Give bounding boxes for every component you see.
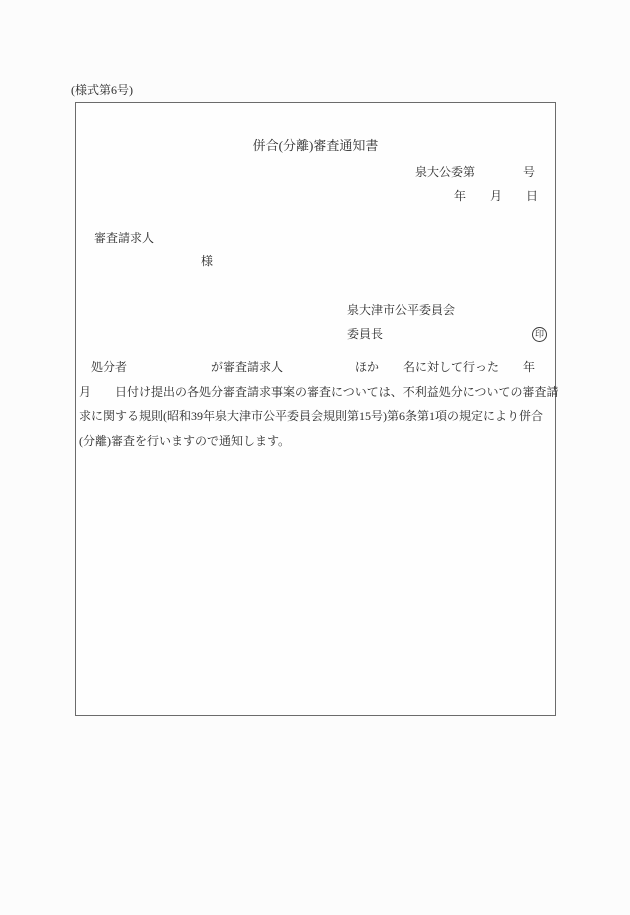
body-line: 処分者 が審査請求人 ほか 名に対して行った 年 (79, 355, 552, 380)
sender-organization: 泉大津市公平委員会 (347, 298, 547, 322)
body-line: (分離)審査を行いますので通知します。 (79, 429, 552, 454)
seal-icon: 印 (532, 327, 547, 342)
document-border-box: 併合(分離)審査通知書 泉大公委第 号 年 月 日 審査請求人 様 泉大津市公平… (75, 102, 556, 716)
body-line: 月 日付け提出の各処分審査請求事案の審査については、不利益処分についての審査請 (79, 380, 552, 405)
body-line: 求に関する規則(昭和39年泉大津市公平委員会規則第15号)第6条第1項の規定によ… (79, 404, 552, 429)
body-paragraph: 処分者 が審査請求人 ほか 名に対して行った 年 月 日付け提出の各処分審査請求… (79, 355, 552, 453)
document-title: 併合(分離)審査通知書 (76, 135, 555, 154)
document-page: (様式第6号) 併合(分離)審査通知書 泉大公委第 号 年 月 日 審査請求人 … (0, 0, 630, 915)
date-line: 年 月 日 (454, 187, 538, 204)
sender-role-line: 委員長 印 (347, 322, 547, 346)
doc-number-line: 泉大公委第 号 (415, 163, 535, 180)
form-number-label: (様式第6号) (71, 81, 133, 98)
addressee-honorific: 様 (201, 252, 213, 269)
sender-role: 委員長 (347, 322, 383, 346)
addressee-label: 審査請求人 (94, 229, 154, 246)
sender-block: 泉大津市公平委員会 委員長 印 (347, 298, 547, 346)
